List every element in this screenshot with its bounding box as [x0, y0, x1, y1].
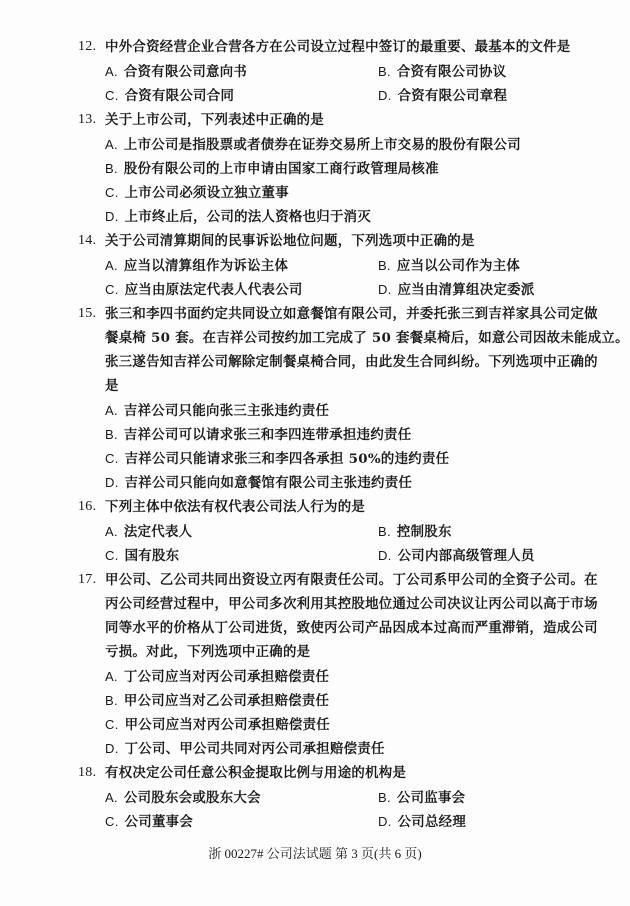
option-d: D.丁公司、甲公司共同对丙公司承担赔偿责任	[105, 737, 385, 761]
option-a: A.应当以清算组作为诉讼主体	[105, 254, 288, 278]
option-c: C.公司董事会	[105, 810, 193, 834]
option-b: B.公司监事会	[378, 786, 465, 810]
question-number: 13.	[78, 108, 96, 132]
question-number: 15.	[78, 302, 96, 326]
question-stem-line-1: 甲公司、乙公司共同出资设立丙有限责任公司。丁公司系甲公司的全资子公司。在	[105, 568, 598, 592]
question-stem: 中外合资经营企业合营各方在公司设立过程中签订的最重要、最基本的文件是	[105, 35, 570, 59]
option-b: B.合资有限公司协议	[378, 60, 506, 84]
option-d: D.合资有限公司章程	[378, 84, 507, 108]
option-c: C.合资有限公司合同	[105, 84, 234, 108]
question-stem: 有权决定公司任意公积金提取比例与用途的机构是	[105, 761, 406, 785]
option-d: D.应当由清算组决定委派	[378, 278, 535, 302]
question-number: 16.	[78, 495, 96, 519]
option-c: C.国有股东	[105, 544, 179, 568]
page-footer: 浙 00227# 公司法试题 第 3 页(共 6 页)	[0, 843, 630, 862]
question-stem-line-4: 是	[105, 374, 119, 398]
option-a: A.公司股东会或股东大会	[105, 786, 261, 810]
question-stem-line-2: 餐桌椅 50 套。在吉祥公司按约加工完成了 50 套餐桌椅后，如意公司因故未能成…	[105, 326, 629, 350]
option-b: B.吉祥公司可以请求张三和李四连带承担违约责任	[105, 423, 411, 447]
option-c: C.甲公司应当对丙公司承担赔偿责任	[105, 713, 330, 737]
question-stem: 关于上市公司，下列表述中正确的是	[105, 108, 324, 132]
question-stem: 下列主体中依法有权代表公司法人行为的是	[105, 495, 365, 519]
option-d: D.吉祥公司只能向如意餐馆有限公司主张违约责任	[105, 471, 412, 495]
option-a: A.上市公司是指股票或者债券在证券交易所上市交易的股份有限公司	[105, 133, 521, 157]
question-stem-line-3: 同等水平的价格从丁公司进货，致使丙公司产品因成本过高而严重滞销，造成公司	[105, 616, 598, 640]
option-c: C.应当由原法定代表人代表公司	[105, 278, 303, 302]
option-d: D.上市终止后，公司的法人资格也归于消灭	[105, 205, 371, 229]
option-c: C.吉祥公司只能请求张三和李四各承担 50%的违约责任	[105, 447, 449, 471]
question-stem-line-1: 张三和李四书面约定共同设立如意餐馆有限公司，并委托张三到吉祥家具公司定做	[105, 302, 598, 326]
option-d: D.公司总经理	[378, 810, 466, 834]
question-stem-line-3: 张三遂告知吉祥公司解除定制餐桌椅合同，由此发生合同纠纷。下列选项中正确的	[105, 350, 598, 374]
option-b: B.控制股东	[378, 520, 452, 544]
question-stem: 关于公司清算期间的民事诉讼地位问题，下列选项中正确的是	[105, 229, 475, 253]
option-a: A.丁公司应当对丙公司承担赔偿责任	[105, 665, 329, 689]
exam-page: 12. 中外合资经营企业合营各方在公司设立过程中签订的最重要、最基本的文件是 A…	[0, 0, 630, 906]
option-a: A.吉祥公司只能向张三主张违约责任	[105, 399, 329, 423]
option-d: D.公司内部高级管理人员	[378, 544, 535, 568]
question-stem-line-4: 亏损。对此，下列选项中正确的是	[105, 640, 310, 664]
option-b: B.股份有限公司的上市申请由国家工商行政管理局核准	[105, 157, 439, 181]
question-number: 17.	[78, 568, 96, 592]
option-a: A.合资有限公司意向书	[105, 60, 247, 84]
question-number: 12.	[78, 35, 96, 59]
option-b: B.甲公司应当对乙公司承担赔偿责任	[105, 689, 329, 713]
option-a: A.法定代表人	[105, 520, 192, 544]
question-stem-line-2: 丙公司经营过程中，甲公司多次利用其控股地位通过公司决议让丙公司以高于市场	[105, 592, 598, 616]
option-b: B.应当以公司作为主体	[378, 254, 520, 278]
option-c: C.上市公司必须设立独立董事	[105, 181, 289, 205]
question-number: 14.	[78, 229, 96, 253]
question-number: 18.	[78, 761, 96, 785]
